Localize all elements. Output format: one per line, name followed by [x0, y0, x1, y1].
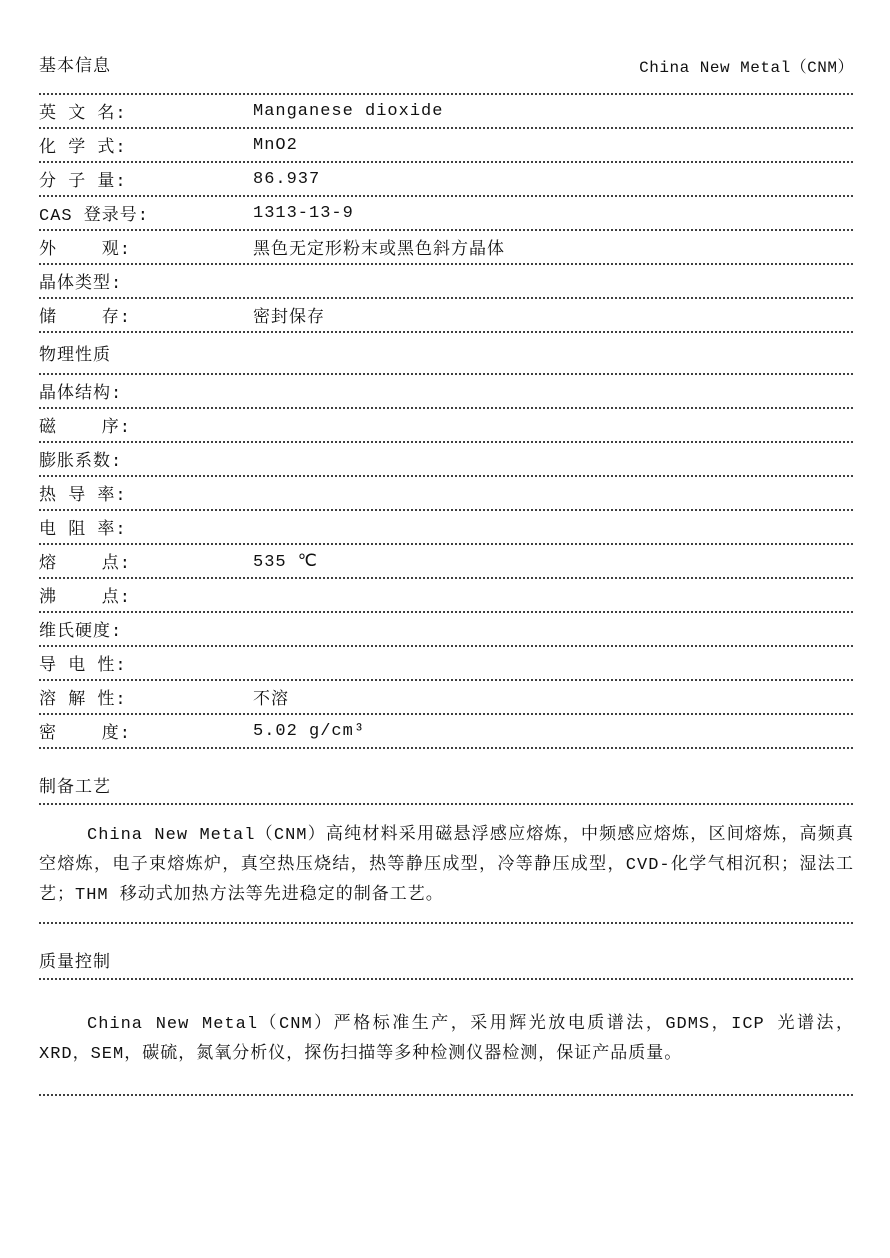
- property-value: 1313-13-9: [253, 204, 354, 223]
- property-value: 密封保存: [253, 302, 325, 328]
- property-row-melting-point: 熔 点: 535 ℃: [39, 545, 854, 577]
- brand-name: China New Metal（CNM）: [639, 54, 854, 77]
- property-label: 导 电 性:: [39, 650, 253, 676]
- property-label: 晶体类型:: [39, 268, 253, 294]
- property-label: 英 文 名:: [39, 98, 253, 124]
- property-row-appearance: 外 观: 黑色无定形粉末或黑色斜方晶体: [39, 231, 854, 263]
- property-label: 外 观:: [39, 234, 253, 260]
- property-value: 535 ℃: [253, 551, 318, 572]
- property-value: 86.937: [253, 170, 320, 189]
- quality-paragraph: China New Metal（CNM）严格标准生产，采用辉光放电质谱法，GDM…: [39, 980, 854, 1094]
- property-label: 储 存:: [39, 302, 253, 328]
- property-row-vickers-hardness: 维氏硬度:: [39, 613, 854, 645]
- property-row-boiling-point: 沸 点:: [39, 579, 854, 611]
- product-info-page: 基本信息 China New Metal（CNM） 英 文 名: Mangane…: [0, 0, 890, 1096]
- property-row-solubility: 溶 解 性: 不溶: [39, 681, 854, 713]
- property-label: 热 导 率:: [39, 480, 253, 506]
- section-title-text: 制备工艺: [39, 772, 111, 798]
- property-label: 电 阻 率:: [39, 514, 253, 540]
- property-row-english-name: 英 文 名: Manganese dioxide: [39, 95, 854, 127]
- property-value: 不溶: [253, 684, 289, 710]
- property-value: MnO2: [253, 136, 298, 155]
- preparation-paragraph: China New Metal（CNM）高纯材料采用磁悬浮感应熔炼，中频感应熔炼…: [39, 805, 854, 922]
- property-row-crystal-structure: 晶体结构:: [39, 375, 854, 407]
- property-row-cas-number: CAS 登录号: 1313-13-9: [39, 197, 854, 229]
- page-header: 基本信息 China New Metal（CNM）: [39, 0, 854, 93]
- section-title-text: 物理性质: [39, 340, 111, 366]
- property-label: 分 子 量:: [39, 166, 253, 192]
- property-label: 溶 解 性:: [39, 684, 253, 710]
- property-label: 化 学 式:: [39, 132, 253, 158]
- property-label: 熔 点:: [39, 548, 253, 574]
- property-row-chemical-formula: 化 学 式: MnO2: [39, 129, 854, 161]
- property-label: 沸 点:: [39, 582, 253, 608]
- property-label: 维氏硬度:: [39, 616, 253, 642]
- dashed-divider: [39, 1094, 854, 1096]
- property-label: CAS 登录号:: [39, 200, 253, 226]
- section-title-text: 质量控制: [39, 947, 111, 973]
- property-row-crystal-type: 晶体类型:: [39, 265, 854, 297]
- property-row-molecular-weight: 分 子 量: 86.937: [39, 163, 854, 195]
- property-label: 磁 序:: [39, 412, 253, 438]
- property-label: 晶体结构:: [39, 378, 253, 404]
- property-row-electrical-conductivity: 导 电 性:: [39, 647, 854, 679]
- property-row-thermal-conductivity: 热 导 率:: [39, 477, 854, 509]
- section-title-preparation: 制备工艺: [39, 749, 854, 803]
- property-value: 黑色无定形粉末或黑色斜方晶体: [253, 234, 505, 260]
- property-row-expansion-coefficient: 膨胀系数:: [39, 443, 854, 475]
- section-title-physical: 物理性质: [39, 333, 854, 373]
- section-title-basic-info: 基本信息: [39, 51, 111, 77]
- property-label: 密 度:: [39, 718, 253, 744]
- property-row-storage: 储 存: 密封保存: [39, 299, 854, 331]
- property-row-resistivity: 电 阻 率:: [39, 511, 854, 543]
- property-row-magnetic-order: 磁 序:: [39, 409, 854, 441]
- property-label: 膨胀系数:: [39, 446, 253, 472]
- property-value: Manganese dioxide: [253, 102, 443, 121]
- section-title-quality: 质量控制: [39, 924, 854, 978]
- property-value: 5.02 g/cm³: [253, 722, 365, 741]
- property-row-density: 密 度: 5.02 g/cm³: [39, 715, 854, 747]
